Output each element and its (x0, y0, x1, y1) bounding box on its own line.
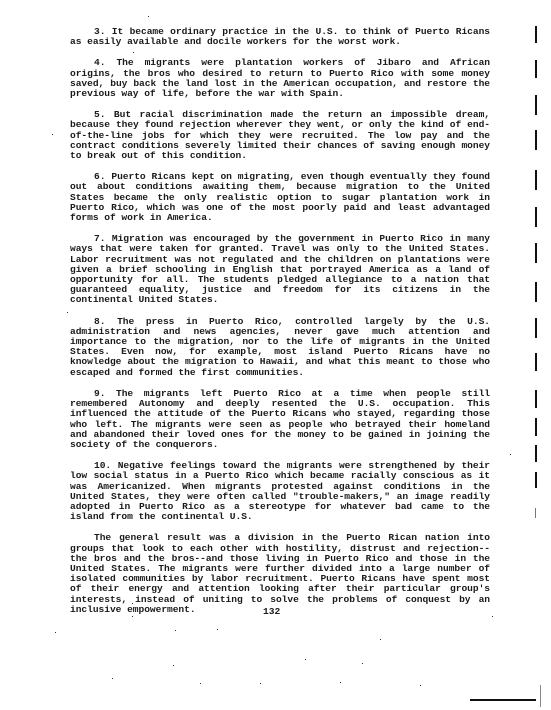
margin-bar (535, 508, 536, 518)
scan-speck (133, 52, 134, 53)
paragraph-text: The migrants left Puerto Rico at a time … (70, 388, 490, 450)
scan-speck (200, 683, 201, 684)
scan-speck (492, 616, 493, 617)
paragraph-text: The migrants were plantation workers of … (70, 57, 490, 99)
document-page: 3. It became ordinary practice in the U.… (0, 0, 551, 710)
paragraph-text: The general result was a division in the… (70, 532, 490, 614)
margin-bar (535, 95, 537, 115)
margin-bar (535, 390, 537, 408)
corner-rule (540, 685, 541, 707)
page-number: 132 (263, 606, 280, 617)
margin-bar (535, 170, 537, 190)
scan-speck (362, 663, 363, 664)
body-text: 3. It became ordinary practice in the U.… (70, 27, 490, 626)
scan-speck (132, 616, 133, 617)
margin-bar (535, 445, 537, 462)
paragraph-6: 6. Puerto Ricans kept on migrating, even… (70, 172, 490, 223)
margin-bar (535, 282, 537, 302)
scan-speck (340, 682, 341, 683)
paragraph-conclusion: The general result was a division in the… (70, 533, 490, 615)
paragraph-text: Puerto Ricans kept on migrating, even th… (70, 171, 490, 223)
margin-bar (535, 130, 537, 150)
margin-bar (535, 207, 537, 227)
paragraph-5: 5. But racial discrimination made the re… (70, 110, 490, 161)
margin-bar (535, 60, 537, 78)
paragraph-text: Negative feelings toward the migrants we… (70, 460, 490, 522)
paragraph-text: Migration was encouraged by the governme… (70, 233, 490, 305)
bottom-rule (470, 699, 536, 701)
scan-speck (260, 683, 261, 684)
margin-bar (535, 318, 537, 338)
scan-speck (510, 454, 511, 455)
scan-speck (132, 603, 133, 604)
scan-speck (52, 134, 53, 135)
margin-bar (535, 472, 537, 488)
margin-bar (535, 418, 537, 436)
margin-bar (535, 353, 537, 371)
scan-speck (67, 312, 68, 313)
paragraph-4: 4. The migrants were plantation workers … (70, 58, 490, 99)
scan-speck (112, 678, 113, 679)
paragraph-text: But racial discrimination made the retur… (70, 109, 490, 161)
paragraph-text: The press in Puerto Rico, controlled lar… (70, 316, 490, 378)
scan-speck (175, 630, 176, 631)
margin-bar (535, 243, 537, 263)
scan-speck (173, 665, 174, 666)
scan-speck (380, 639, 381, 640)
paragraph-8: 8. The press in Puerto Rico, controlled … (70, 317, 490, 378)
scan-speck (305, 659, 306, 660)
paragraph-7: 7. Migration was encouraged by the gover… (70, 234, 490, 305)
paragraph-3: 3. It became ordinary practice in the U.… (70, 27, 490, 47)
paragraph-9: 9. The migrants left Puerto Rico at a ti… (70, 389, 490, 450)
paragraph-10: 10. Negative feelings toward the migrant… (70, 461, 490, 522)
margin-bar (535, 26, 537, 43)
scan-speck (148, 16, 149, 17)
paragraph-text: It became ordinary practice in the U.S. … (70, 26, 490, 47)
scan-speck (420, 685, 421, 686)
scan-speck (217, 629, 218, 630)
scan-speck (55, 632, 56, 633)
